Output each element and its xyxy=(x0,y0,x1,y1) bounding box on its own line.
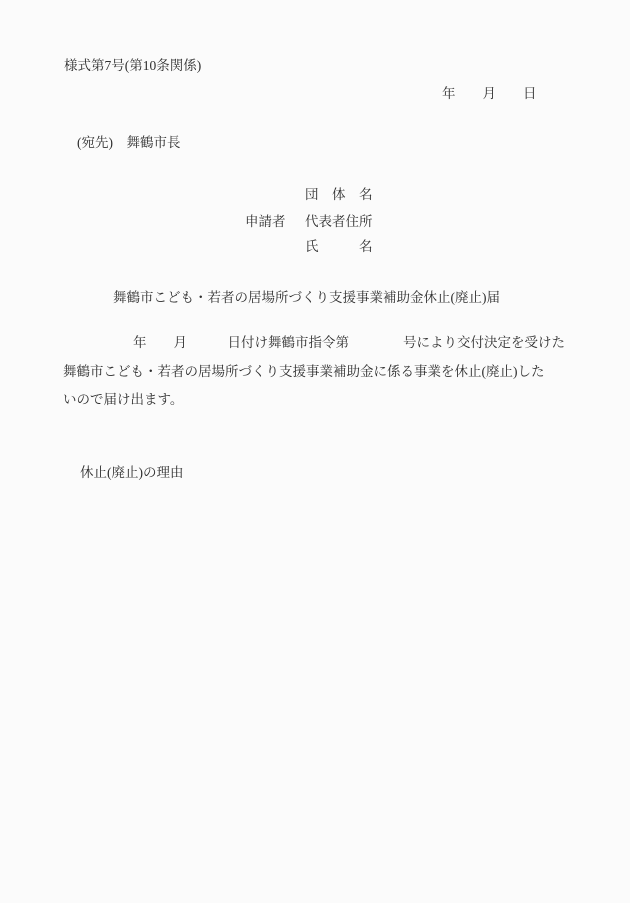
body-line: 舞鶴市こども・若者の居場所づくり支援事業補助金に係る事業を休止(廃止)した xyxy=(63,364,545,379)
document-title: 舞鶴市こども・若者の居場所づくり支援事業補助金休止(廃止)届 xyxy=(113,290,500,305)
body-line: いので届け出ます。 xyxy=(63,392,183,407)
applicant-label: 申請者 xyxy=(245,214,286,229)
applicant-rep-address-label: 代表者住所 xyxy=(305,214,373,229)
date-line: 年 月 日 xyxy=(442,86,537,101)
applicant-name-label: 氏 名 xyxy=(305,239,373,254)
form-number: 様式第7号(第10条関係) xyxy=(64,58,201,73)
addressee-line: (宛先) 舞鶴市長 xyxy=(77,135,181,150)
body-line: 年 月 日付け舞鶴市指令第 号により交付決定を受けた xyxy=(133,335,565,350)
reason-label: 休止(廃止)の理由 xyxy=(80,465,184,480)
applicant-org-name-label: 団 体 名 xyxy=(305,187,373,202)
document-page: 様式第7号(第10条関係) 年 月 日 (宛先) 舞鶴市長 申請者 団 体 名 … xyxy=(0,0,630,903)
